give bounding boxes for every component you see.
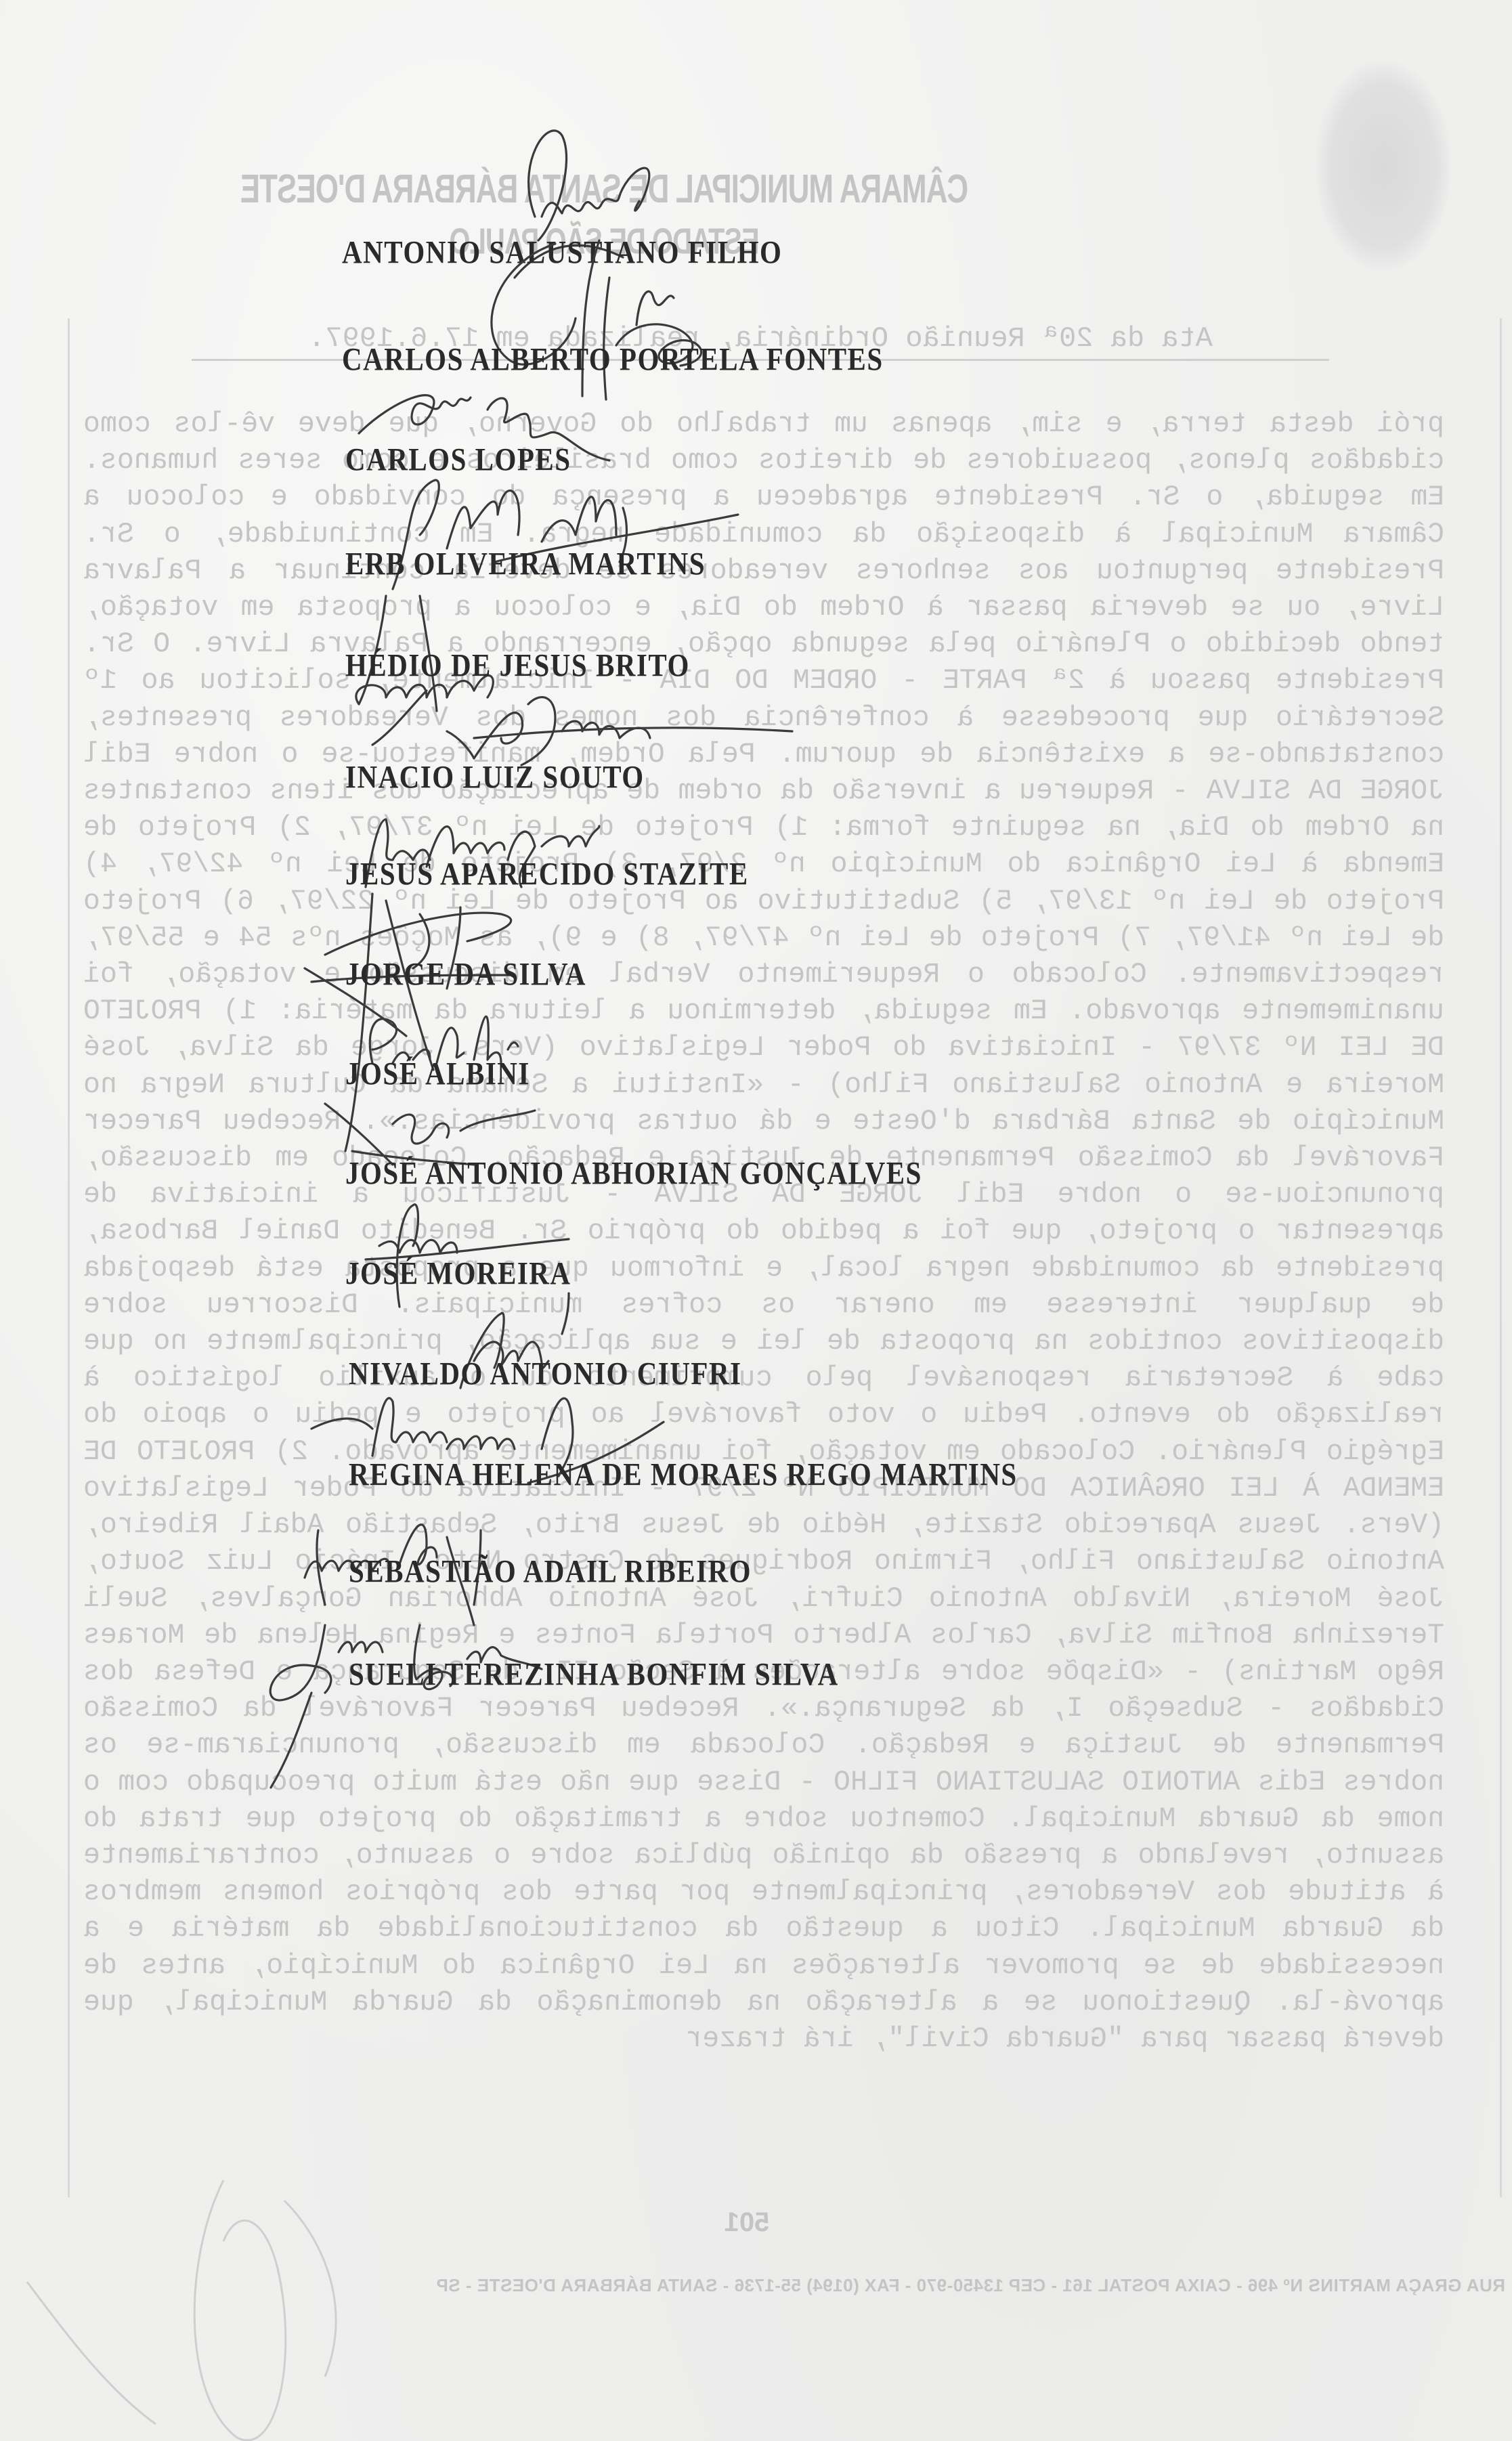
signatory-name: NIVALDO ANTONIO CIUFRI bbox=[349, 1355, 742, 1392]
signatory-name: JOSÉ ALBINI bbox=[345, 1055, 530, 1092]
faint-rubric-bleed-through bbox=[0, 2065, 609, 2441]
signature-sueli-terezinha-bonfim-silva bbox=[271, 1612, 569, 1794]
signature-erb-oliveira-martins bbox=[366, 467, 853, 603]
signatory-name: ANTONIO SALUSTIANO FILHO bbox=[342, 234, 782, 271]
signatory-row: SUELI TEREZINHA BONFIM SILVA bbox=[0, 0, 1512, 7]
signatory-name: JOSÉ ANTONIO ABHORIAN GONÇALVES bbox=[345, 1154, 922, 1192]
signatory-name: CARLOS LOPES bbox=[345, 441, 571, 478]
signatory-name: SEBASTIÃO ADAIL RIBEIRO bbox=[349, 1553, 752, 1590]
signatory-name: JESUS APARECIDO STAZITE bbox=[345, 855, 749, 892]
signatory-name: CARLOS ALBERTO PORTELA FONTES bbox=[342, 341, 884, 378]
signatory-name: JORGE DA SILVA bbox=[345, 955, 586, 993]
signatory-name: HÉDIO DE JESUS BRITO bbox=[345, 647, 690, 684]
signatory-name: REGINA HELENA DE MORAES REGO MARTINS bbox=[349, 1456, 1018, 1493]
signatory-name: INACIO LUIZ SOUTO bbox=[345, 758, 645, 796]
signatory-name: SUELI TEREZINHA BONFIM SILVA bbox=[349, 1656, 839, 1693]
signatory-name: ERB OLIVEIRA MARTINS bbox=[345, 545, 706, 582]
signature-jorge-da-silva bbox=[284, 880, 569, 1165]
signatory-name: JOSÉ MOREIRA bbox=[345, 1255, 571, 1292]
